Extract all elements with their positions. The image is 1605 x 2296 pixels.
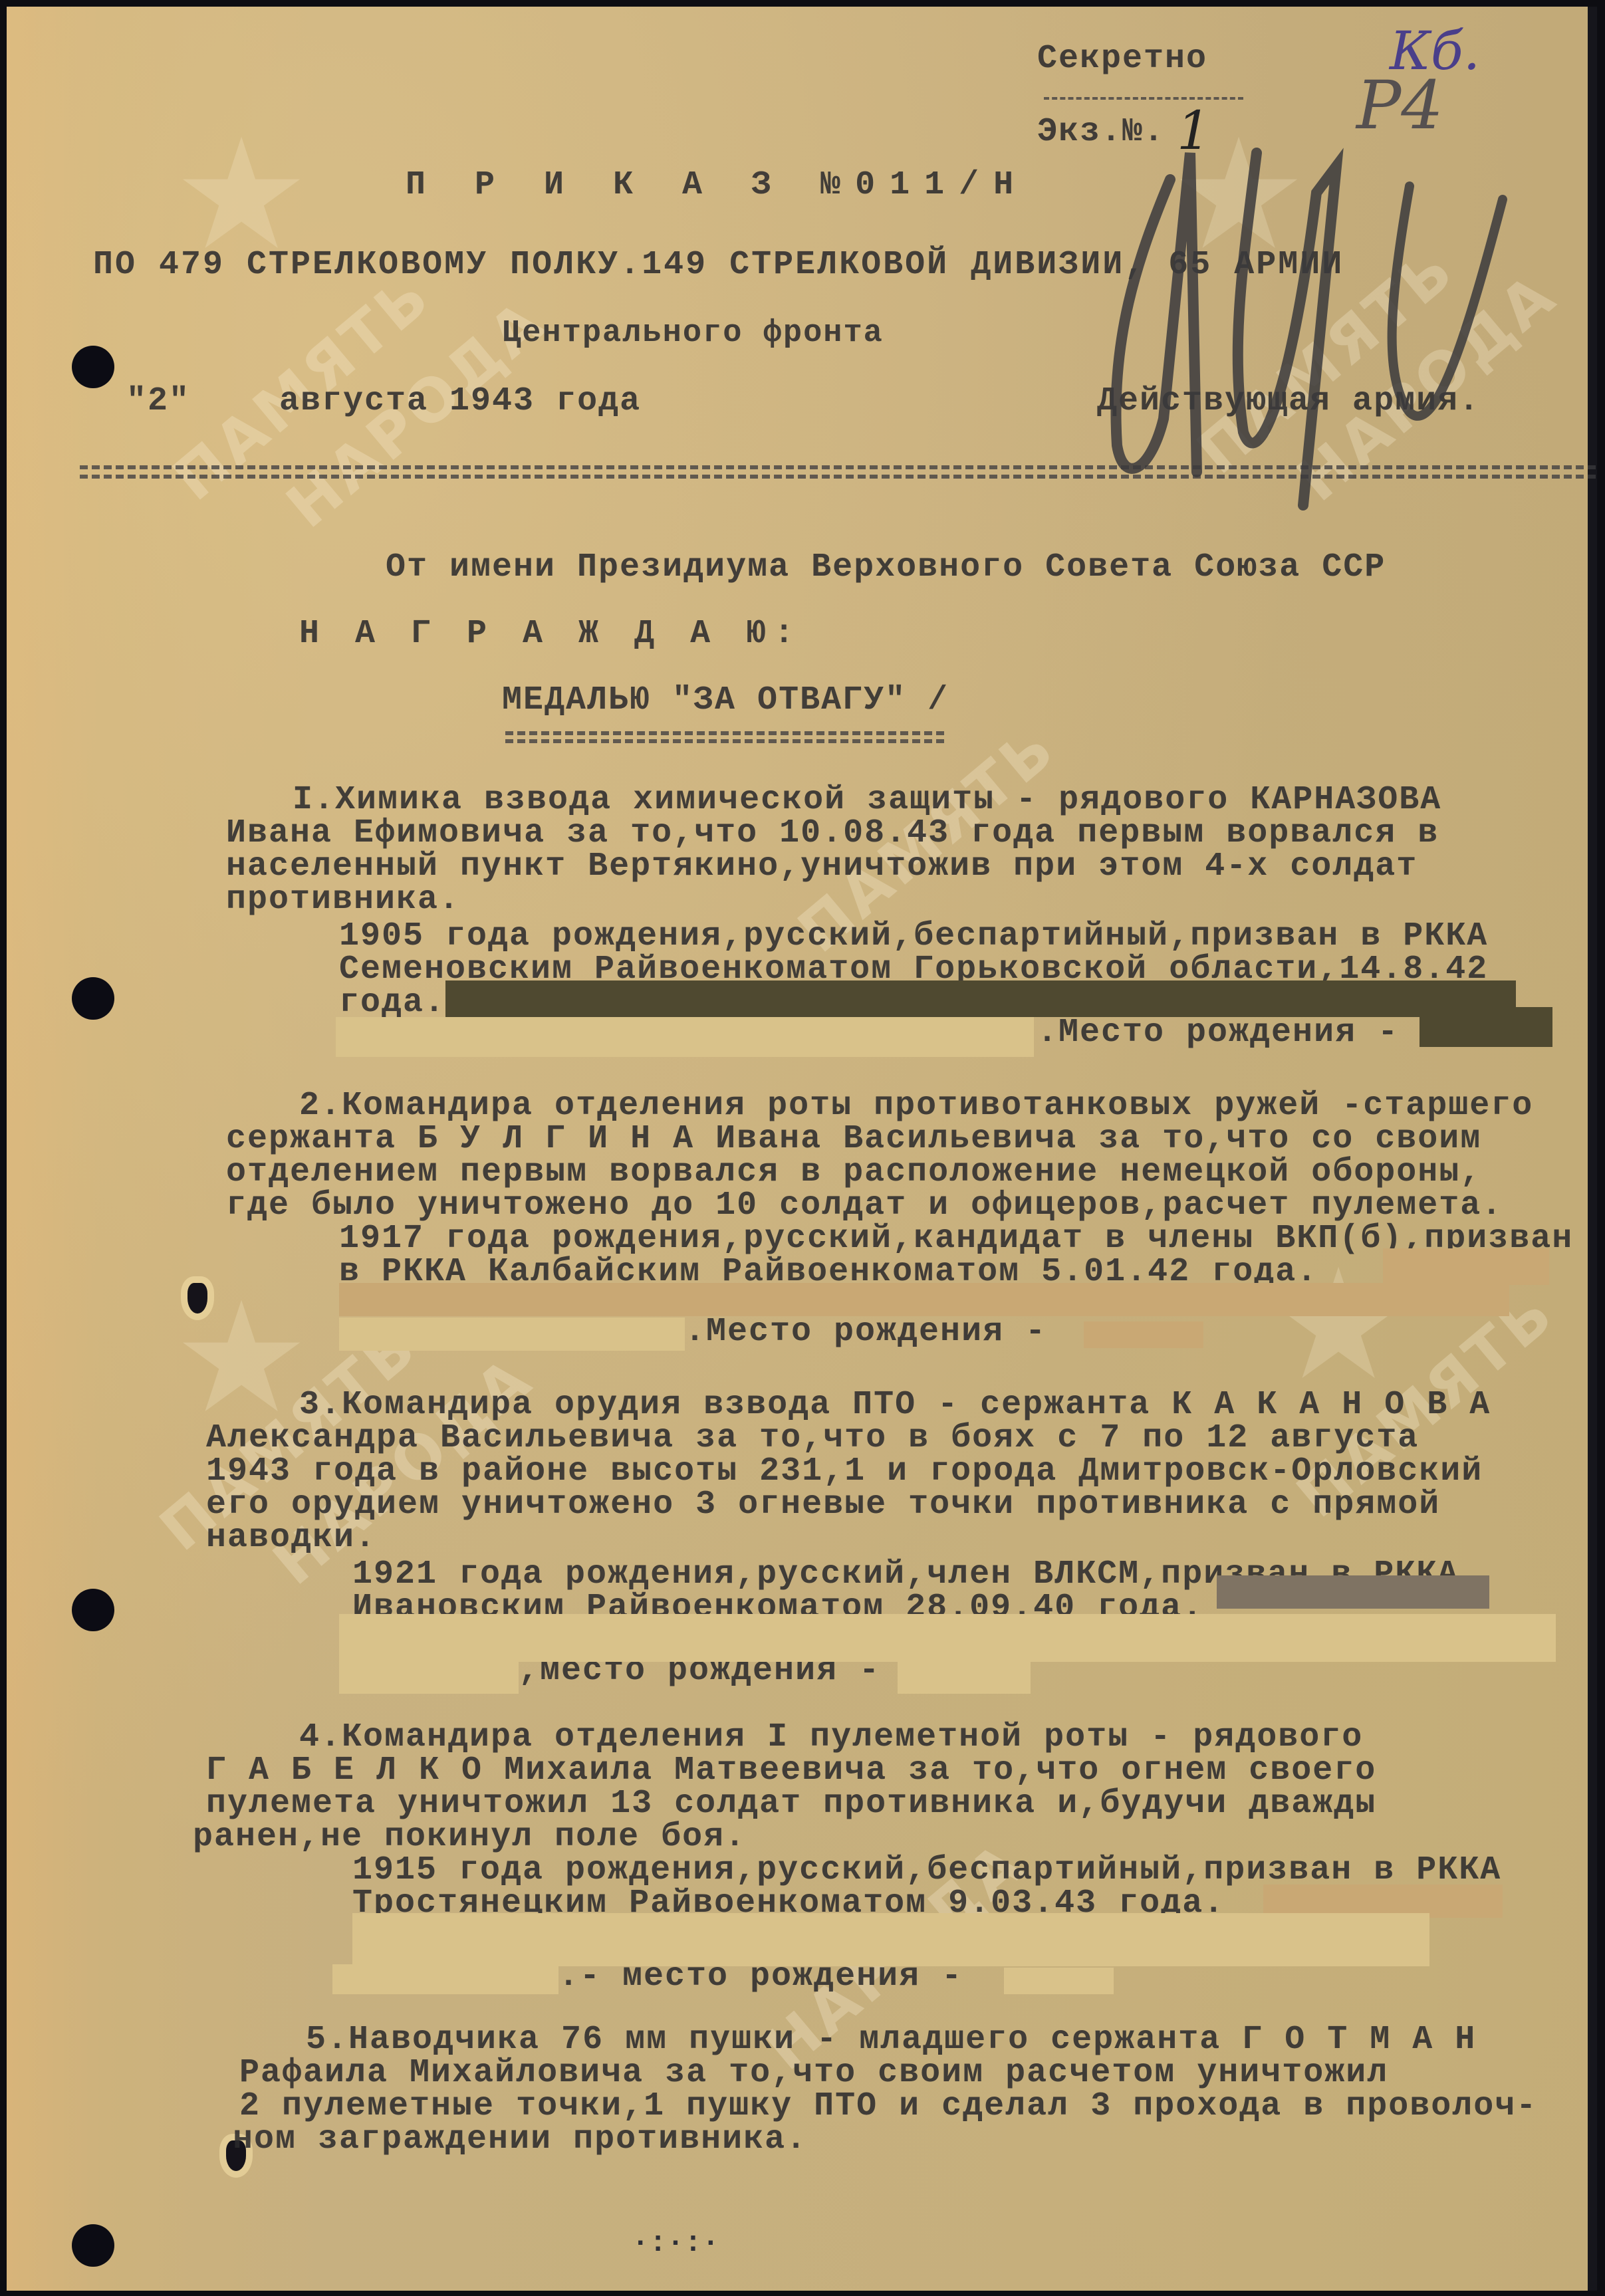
entry-line: населенный пункт Вертякино,уничтожив при… [226,848,1418,885]
entry-bio-line: 1905 года рождения,русский,беспартийный,… [339,917,1488,955]
entry-line: наводки. [206,1519,376,1557]
medal-underline [505,731,944,735]
date-day-value: 2 [148,382,169,420]
redaction-block [1004,1968,1114,1994]
entry-line: где было уничтожено до 10 солдат и офице… [226,1187,1503,1224]
redaction-block [332,1964,558,1994]
torn-hole [187,1283,207,1314]
entry-line: 2.Командира отделения роты противотанков… [299,1087,1533,1125]
entry-line: 5.Наводчика 76 мм пушки - младшего сержа… [306,2021,1476,2059]
ink-speck: ·:·:· [632,2227,711,2267]
entry-line: I.Химика взвода химической защиты - рядо… [293,781,1441,819]
entry-line: 2 пулеметные точки,1 пушку ПТО и сделал … [239,2087,1537,2125]
order-title: П Р И К А З №011/Н [406,166,1028,204]
redaction-block [339,1614,1556,1662]
divider [1044,97,1243,100]
medal-underline [505,739,944,743]
punch-hole [72,2224,114,2267]
redaction-block [339,1662,519,1694]
punch-hole [72,1589,114,1631]
redaction-block [339,1283,1509,1316]
redaction-block [352,1913,1429,1966]
entry-line: отделением первым ворвался в расположени… [226,1153,1481,1191]
entry-bio-line: года. [339,984,445,1022]
birthplace-label: .Место рождения - [1037,1014,1399,1052]
entry-line: Г А Б Е Л К О Михаила Матвеевича за то,ч… [206,1752,1376,1789]
birthplace-label: .Место рождения - [685,1313,1047,1351]
award-verb: Н А Г Р А Ж Д А Ю: [299,615,802,653]
entry-line: 4.Командира отделения I пулеметной роты … [299,1718,1363,1756]
classification-label: Секретно [1037,40,1207,78]
redaction-block [1420,1007,1552,1047]
date-text: августа 1943 года [279,382,641,420]
entry-line: 3.Командира орудия взвода ПТО - сержанта… [299,1386,1491,1424]
entry-line: пулемета уничтожил 13 солдат противника … [206,1785,1376,1823]
punch-hole [72,977,114,1020]
entry-line: ном заграждении противника. [233,2121,807,2158]
date-day: "2" [126,382,190,420]
medal-line: МЕДАЛЬЮ "ЗА ОТВАГУ" / [502,681,949,719]
redaction-block [1084,1321,1203,1348]
entry-line: Александра Васильевича за то,что в боях … [206,1419,1419,1457]
entry-line: ранен,не покинул поле боя. [193,1818,746,1856]
document-page: ★ ★ ★ ★ ПАМЯТЬ НАРОДА ПАМЯТЬ НАРОДА ПАМЯ… [7,7,1597,2291]
redaction-block [898,1662,1031,1694]
punch-hole [72,346,114,388]
entry-line: 1943 года в районе высоты 231,1 и города… [206,1452,1483,1490]
redaction-block [1217,1575,1489,1609]
entry-line: Ивана Ефимовича за то,что 10.08.43 года … [226,814,1439,852]
redaction-block [339,1318,685,1351]
entry-line: противника. [226,881,460,919]
entry-line: сержанта Б У Л Г И Н А Ивана Васильевича… [226,1120,1481,1158]
redaction-block [336,1017,1034,1057]
redaction-block [445,980,1516,1017]
signature [1097,126,1576,512]
entry-line: его орудием уничтожено 3 огневые точки п… [206,1486,1440,1524]
redaction-block [1383,1248,1549,1285]
entry-line: Рафаила Михайловича за то,что своим расч… [239,2054,1388,2092]
entry-bio-line: 1915 года рождения,русский,беспартийный,… [352,1851,1501,1889]
presidium-line: От имени Президиума Верховного Совета Со… [386,548,1386,586]
front-line: Центрального фронта [502,316,884,351]
